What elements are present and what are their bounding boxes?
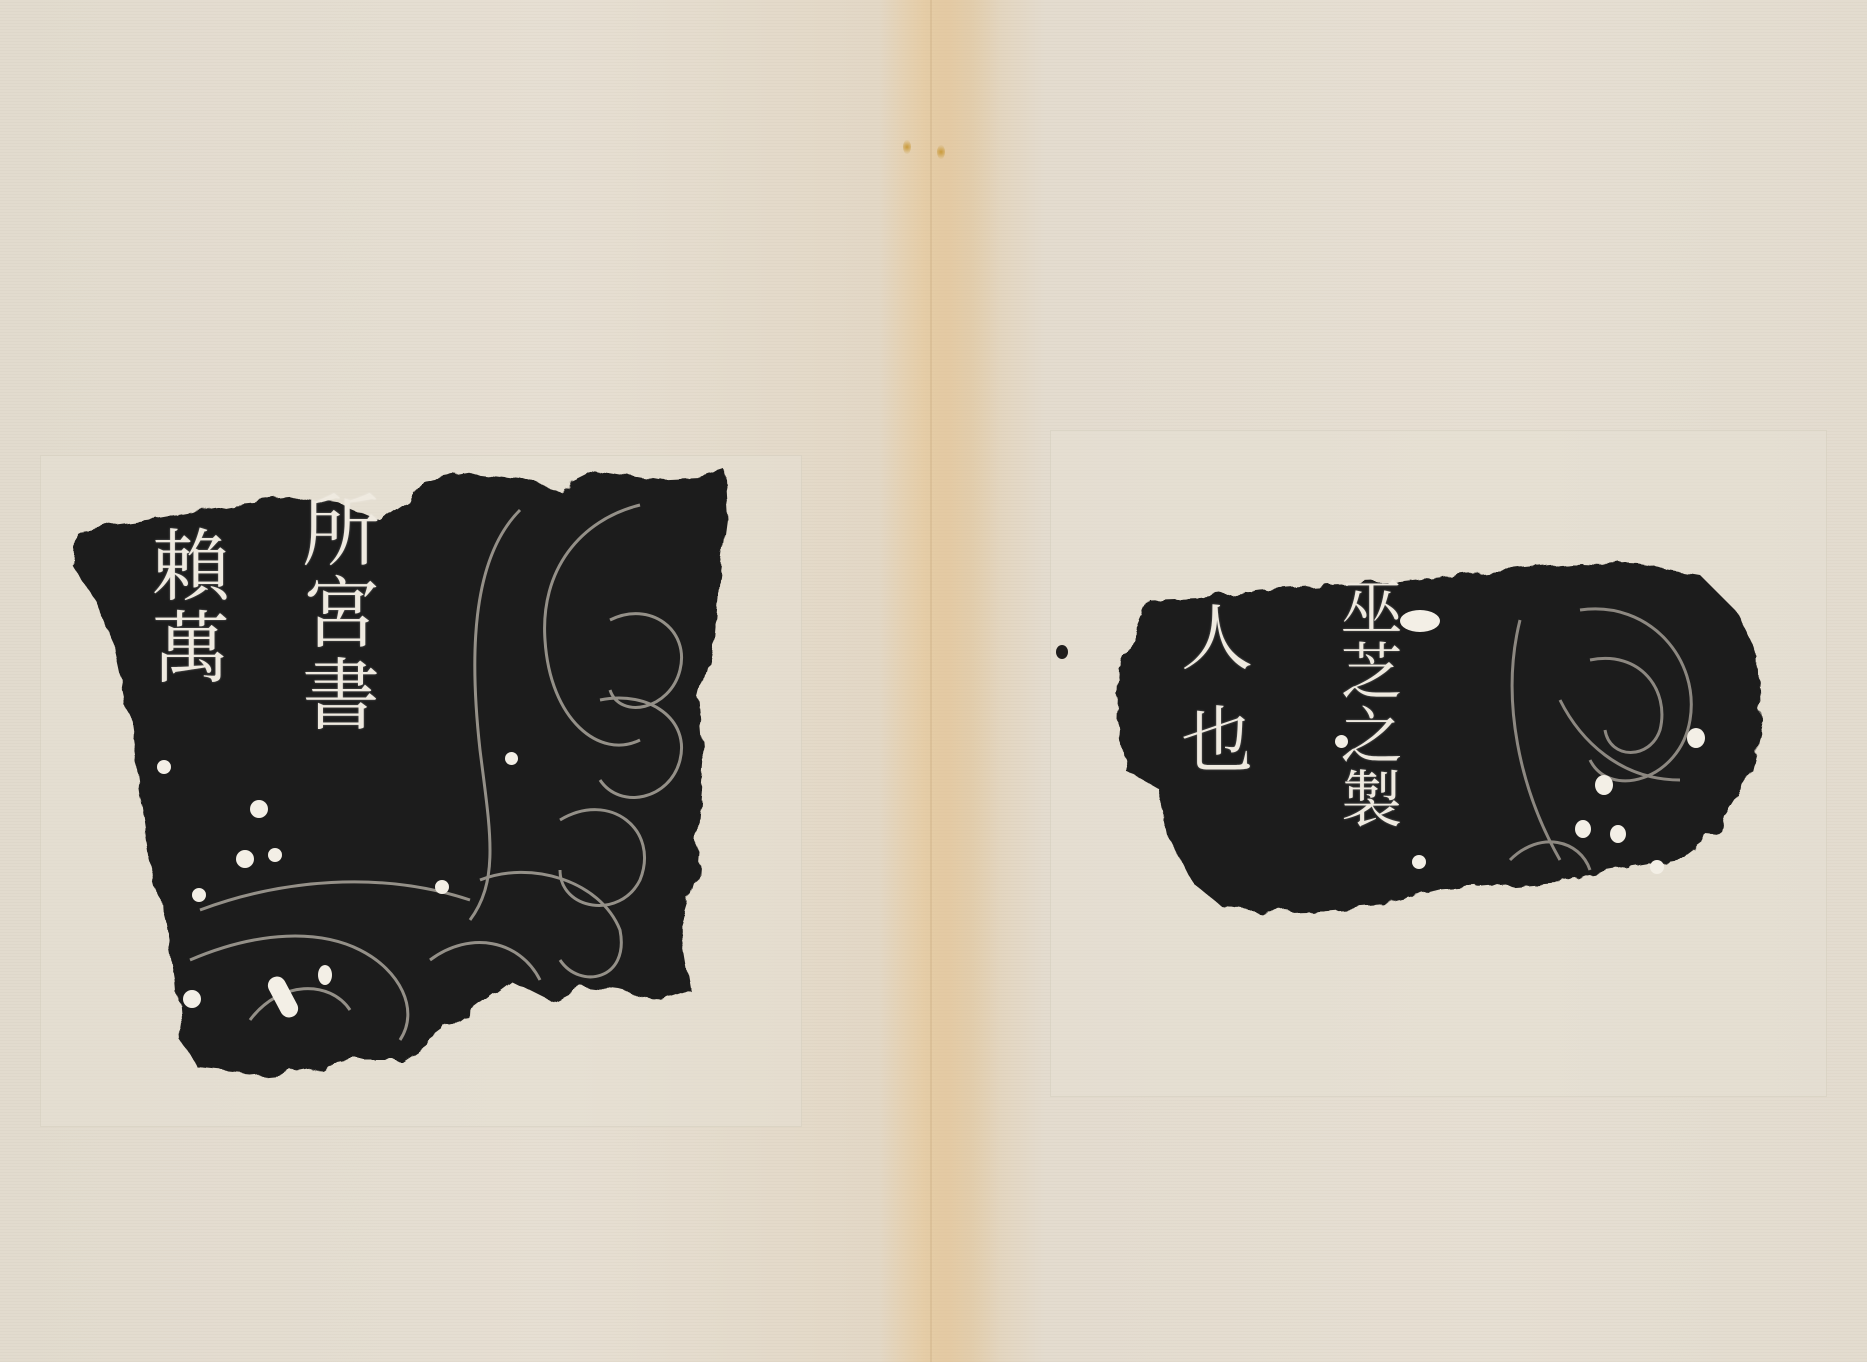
wormhole [1687, 728, 1705, 748]
wormhole [1595, 775, 1613, 795]
wormhole [1650, 860, 1664, 874]
wormhole [1575, 820, 1591, 838]
wormhole [1412, 855, 1426, 869]
wormhole [1610, 825, 1626, 843]
paper-loss [1400, 610, 1440, 632]
right-fragment-ink-shape [0, 0, 1867, 1362]
right-fragment-column-2: 人也 [1170, 600, 1252, 850]
right-fragment: 巫芝之製 人也 [0, 0, 1867, 1362]
ink-spot [1056, 645, 1068, 659]
wormhole [1335, 735, 1348, 748]
